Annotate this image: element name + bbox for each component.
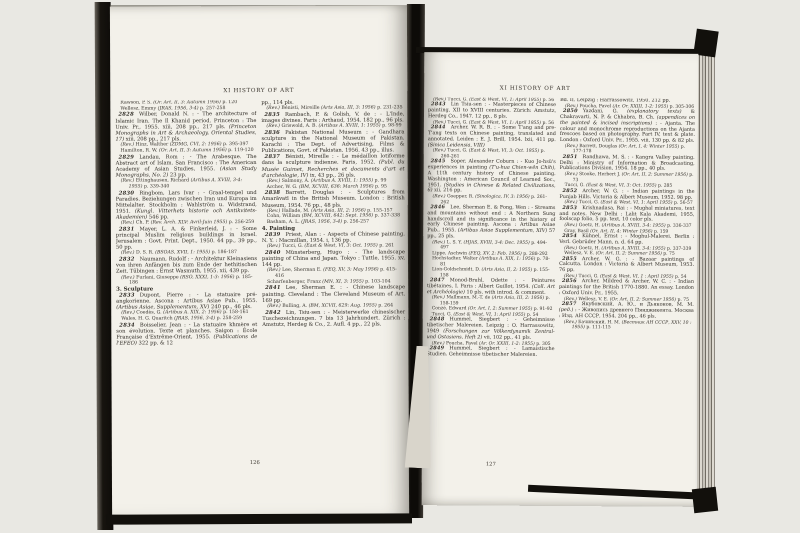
entry-number: 2851 bbox=[563, 154, 578, 160]
left-page-bottom-edge bbox=[106, 513, 412, 524]
entry-number: 2837 bbox=[265, 154, 281, 160]
bib-entry-2856: 2856Archer, Mildred & Archer, W. C. : - … bbox=[559, 279, 694, 297]
entry-number: 2842 bbox=[265, 309, 281, 315]
entry-number: 2832 bbox=[119, 257, 135, 263]
bib-entry-2843: 2843Lin Tsiu-sen : - Masterpieces of Chi… bbox=[428, 103, 556, 121]
entry-number: 2854 bbox=[562, 233, 577, 239]
bib-entry-2831: 2831Mayer, L. A. & Finkerleid, J. : - So… bbox=[116, 226, 257, 251]
bib-entry-2849: 2849Hummel, Siegbert : - Lamaistische St… bbox=[427, 346, 555, 358]
bib-entry-2837: 2837Bénisti, Mireille : - Le médaillon l… bbox=[262, 154, 405, 179]
entry-number: 2833 bbox=[119, 293, 135, 299]
entry-number: 2835 bbox=[264, 112, 280, 118]
entry-number: 2845 bbox=[431, 159, 446, 165]
page-number-left: 126 bbox=[250, 460, 260, 466]
bib-entry-2848: 2848Hummel, Siegbert : - Geheimnisse tib… bbox=[427, 318, 555, 342]
bib-entry-2842: 2842Lin, Tsiu-sen : - Meisterwerke chine… bbox=[262, 309, 405, 328]
bib-entry-2839: 2839Priest, Alan : - Aspects of Chinese … bbox=[262, 231, 405, 244]
running-head-right: XI HISTORY OF ART bbox=[455, 85, 615, 92]
left-page-column-2: pp., 114 pls.(Rev.) Bénisti, Mireille (A… bbox=[261, 99, 406, 464]
page-right: XI HISTORY OF ART (Rev.) Tucci, G. (East… bbox=[422, 52, 699, 507]
review-citation: (Rev.) Lee, Sherman E. (FEQ, XV, 3: May … bbox=[262, 268, 405, 280]
entry-number: 2841 bbox=[265, 285, 281, 291]
entry-number: 2839 bbox=[265, 232, 281, 238]
entry-number: 2850 bbox=[563, 108, 578, 114]
entry-number: 2840 bbox=[265, 250, 281, 256]
entry-number: 2831 bbox=[119, 226, 135, 232]
entry-number: 2829 bbox=[119, 154, 135, 160]
entry-number: 2828 bbox=[118, 112, 134, 118]
review-citation: (Rev.) Бачинский, Н. М. (Вестник АН СССР… bbox=[559, 320, 694, 332]
bib-entry-2836: 2836Pakistan National Museum : - Gandhar… bbox=[261, 129, 404, 154]
bib-entry-2833: 2833Dupont, Pierre : - La statuaire pré-… bbox=[116, 292, 257, 311]
review-citation: (Rev.) Furlani, Giuseppe (RSO, XXXI, 1-3… bbox=[116, 275, 257, 287]
bib-entry-2845: 2845Soper, Alexander Coburn : - Kuo Jo-h… bbox=[428, 160, 556, 195]
bib-entry-2841: 2841Lee, Sherman E. : - Chinese landscap… bbox=[262, 285, 405, 304]
entry-number: 2849 bbox=[430, 345, 445, 351]
page-number-right: 127 bbox=[486, 462, 496, 468]
bib-entry-2832: 2832Naumann, Rudolf : - Architektur Klei… bbox=[116, 256, 257, 275]
bib-entry-2853: 2853Krishnadasa, Rai : - Mughal miniatur… bbox=[559, 206, 694, 224]
bib-entry-2847: 2847Monod-Bruhl, Odette : - Peintures ti… bbox=[427, 278, 555, 296]
review-citation: (Rev.) L. S. Y. (HJAS, XVIII, 3-4: Dec. … bbox=[427, 240, 555, 252]
entry-number: 2848 bbox=[430, 317, 445, 323]
bib-entry-2830: 2830Ringbom, Lars Ivar : - Graal-tempel … bbox=[116, 190, 257, 221]
bib-entry-2828: 2828Wilber, Donald N. : - The architectu… bbox=[115, 111, 256, 142]
entry-number: 2834 bbox=[119, 322, 135, 328]
entry-number: 2830 bbox=[119, 190, 135, 196]
bib-entry-2829: 2829Landau, Rom : - The Arabesque. The A… bbox=[116, 154, 257, 179]
entry-number: 2847 bbox=[430, 277, 445, 283]
bib-entry-2834: 2834Boisselier, Jean : - La statuaire kh… bbox=[116, 322, 257, 347]
bib-entry-2838: 2838Barrett, Douglas : - Sculptures from… bbox=[262, 190, 405, 209]
bib-entry-2835: 2835Rambach, P. & Golish, V. de : - L'In… bbox=[261, 111, 404, 124]
review-citation: (Rev.) Ettinghausen, Richard (Artibus A.… bbox=[116, 178, 257, 190]
entry-number: 2843 bbox=[431, 102, 446, 108]
fore-edge-bottom-shadow bbox=[692, 487, 718, 513]
bib-entry-2850: 2850Yazdani, G. (explanatory texts) & Ch… bbox=[560, 109, 695, 145]
right-page-column-2: Bd. II. Leipzig : Harrassowitz, 1950. 21… bbox=[558, 98, 695, 461]
bib-entry-2840: 2840Münsterberg, Hugo : - The landscape … bbox=[262, 249, 405, 268]
entry-number: 2838 bbox=[265, 190, 281, 196]
bib-entry-2851: 2851Randhawa, M. S. : - Kangra Valley pa… bbox=[560, 155, 695, 173]
entry-number: 2856 bbox=[562, 278, 577, 284]
bib-entry-2844: 2844Archer, W. R. B. : - Some T'ang and … bbox=[428, 126, 556, 150]
bib-entry-2854: 2854Kühnel, Ernst : - Moghul-Malerei. Be… bbox=[559, 234, 694, 246]
right-page-column-1: (Rev.) Tucci, G. (East & West, VI, 1: Ap… bbox=[426, 97, 556, 460]
bib-entry-2855: 2855Archer, W. G. : - Bazaar paintings o… bbox=[559, 257, 694, 275]
entry-number: 2836 bbox=[264, 130, 280, 136]
entry-number: 2844 bbox=[431, 125, 446, 131]
page-left: XI HISTORY OF ART Rawson, P. S. (Or. Art… bbox=[110, 5, 409, 516]
running-head-left: XI HISTORY OF ART bbox=[110, 87, 407, 94]
entry-number: 2846 bbox=[430, 204, 445, 210]
entry-number: 2855 bbox=[562, 256, 577, 262]
bib-entry-2846: 2846Lee, Sherman E. & Fong, Wen : - Stre… bbox=[427, 205, 555, 240]
entry-number: 2852 bbox=[563, 188, 578, 194]
bib-entry-2857: 2857Якубовский, А. Ю., и Дьяконов, М. М.… bbox=[559, 302, 694, 320]
entry-number: 2853 bbox=[562, 205, 577, 211]
left-page-column-1: Rawson, P. S. (Or. Art, II, 3: Autumn 19… bbox=[115, 100, 258, 465]
book-scan: XI HISTORY OF ART Rawson, P. S. (Or. Art… bbox=[0, 0, 800, 533]
fore-edge-pages bbox=[697, 36, 715, 510]
